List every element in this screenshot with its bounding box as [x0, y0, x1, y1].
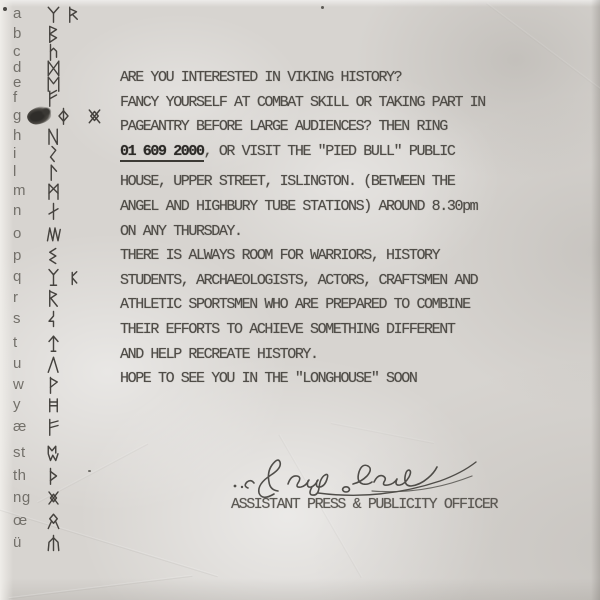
rune-fork-up-serif-icon — [46, 268, 61, 286]
rune-key-letter-b: b — [13, 26, 22, 42]
rune-key-letter-a: a — [13, 6, 22, 22]
body-text-segment: ANGEL AND HIGHBURY TUBE STATIONS) AROUND… — [120, 198, 477, 215]
rune-tiwaz-icon — [46, 334, 61, 352]
rune-key-runes-s — [46, 310, 61, 328]
rune-n-shape-icon — [46, 127, 61, 145]
rune-key-letter-r: r — [13, 290, 19, 306]
body-text-segment: THERE IS ALWAYS ROOM FOR WARRIORS, HISTO… — [120, 247, 439, 264]
body-line-5: HOUSE, UPPER STREET, ISLINGTON. (BETWEEN… — [120, 173, 485, 198]
rune-cross-diamond-icon — [46, 489, 61, 507]
ink-speck — [88, 470, 91, 472]
rune-key-runes-h — [46, 127, 61, 145]
rune-key-runes-g — [56, 107, 102, 125]
rune-branch-k-icon — [66, 5, 81, 23]
body-line-8: THERE IS ALWAYS ROOM FOR WARRIORS, HISTO… — [120, 247, 485, 272]
rune-double-zigzag-icon — [46, 225, 61, 243]
body-line-7: ON ANY THURSDAY. — [120, 223, 485, 248]
paper-crease — [0, 507, 218, 578]
body-text-segment: PAGEANTRY BEFORE LARGE AUDIENCES? THEN R… — [120, 118, 447, 135]
rune-key-letter-s: s — [13, 311, 21, 327]
rune-key-runes-ü — [46, 534, 61, 552]
rune-stan-icon — [46, 444, 61, 462]
rune-key-runes-o — [46, 225, 61, 243]
rune-key-letter-i: i — [13, 146, 17, 162]
body-text-segment: FANCY YOURSELF AT COMBAT SKILL OR TAKING… — [120, 94, 485, 111]
rune-key-letter-t: t — [13, 335, 18, 351]
rune-key-letter-p: p — [13, 248, 22, 264]
rune-key-runes-f — [46, 89, 61, 107]
rune-zigzag-icon — [46, 145, 61, 163]
rune-key-runes-q — [46, 268, 79, 286]
body-line-13: HOPE TO SEE YOU IN THE "LONGHOUSE" SOON — [120, 370, 485, 395]
ink-speck — [3, 7, 7, 11]
body-line-2: FANCY YOURSELF AT COMBAT SKILL OR TAKING… — [120, 94, 485, 119]
rune-b-icon — [46, 25, 61, 43]
rune-key-runes-u — [46, 355, 61, 373]
rune-key-letter-o: o — [13, 226, 22, 242]
rune-double-chevron-icon — [46, 247, 61, 265]
body-text-segment: ATHLETIC SPORTSMEN WHO ARE PREPARED TO C… — [120, 296, 470, 313]
rune-key-runes-y — [46, 396, 61, 414]
rune-key-letter-q: q — [13, 269, 22, 285]
rune-key-runes-n — [46, 202, 61, 220]
rune-small-k-icon — [64, 268, 79, 286]
rune-key-runes-w — [46, 376, 61, 394]
ink-blot-smudge-icon — [25, 104, 52, 126]
body-text-segment: ARE YOU INTERESTED IN VIKING HISTORY? — [120, 69, 401, 86]
rune-key-letter-y: y — [13, 397, 21, 413]
rune-key-letter-ng: ng — [13, 490, 31, 506]
body-line-6: ANGEL AND HIGHBURY TUBE STATIONS) AROUND… — [120, 198, 485, 223]
rune-key-letter-œ: œ — [13, 513, 28, 529]
body-line-9: STUDENTS, ARCHAEOLOGISTS, ACTORS, CRAFTS… — [120, 272, 485, 297]
ink-speck — [321, 6, 324, 9]
rune-key-letter-m: m — [13, 183, 26, 199]
rune-key-runes-l — [46, 163, 61, 181]
rune-key-runes-b — [46, 25, 61, 43]
rune-key-runes-t — [46, 334, 61, 352]
rune-fehu-icon — [46, 89, 61, 107]
rune-wynn-icon — [46, 376, 61, 394]
rune-key-letter-st: st — [13, 445, 26, 461]
body-text-segment: AND HELP RECREATE HISTORY. — [120, 346, 318, 363]
rune-raido-icon — [46, 289, 61, 307]
rune-gar-star-icon — [87, 107, 102, 125]
body-line-11: THEIR EFFORTS TO ACHIEVE SOMETHING DIFFE… — [120, 321, 485, 346]
rune-key-runes-th — [46, 467, 61, 485]
body-line-12: AND HELP RECREATE HISTORY. — [120, 346, 485, 371]
paper-crease — [486, 3, 600, 116]
rune-box-bars-icon — [46, 396, 61, 414]
body-line-1: ARE YOU INTERESTED IN VIKING HISTORY? — [120, 69, 485, 94]
rune-key-letter-g: g — [13, 108, 22, 124]
rune-key-runes-st — [46, 444, 61, 462]
rune-key-letter-c: c — [13, 44, 21, 60]
rune-key-runes-ng — [46, 489, 61, 507]
body-line-3: PAGEANTRY BEFORE LARGE AUDIENCES? THEN R… — [120, 118, 485, 143]
phone-number: 01 609 2000 — [120, 143, 204, 162]
rune-key-runes-a — [46, 5, 81, 23]
rune-key-letter-l: l — [13, 164, 17, 180]
rune-key-letter-w: w — [13, 377, 24, 393]
body-text-segment: HOPE TO SEE YOU IN THE "LONGHOUSE" SOON — [120, 370, 416, 387]
body-text-segment: THEIR EFFORTS TO ACHIEVE SOMETHING DIFFE… — [120, 321, 454, 338]
rune-jog-s-icon — [46, 310, 61, 328]
body-line-4: 01 609 2000, OR VISIT THE "PIED BULL" PU… — [120, 143, 485, 168]
paper-crease — [331, 422, 434, 444]
rune-naudiz-icon — [46, 202, 61, 220]
rune-key-runes-æ — [46, 418, 61, 436]
body-text-segment: ON ANY THURSDAY. — [120, 223, 242, 240]
rune-key-letter-n: n — [13, 203, 22, 219]
rune-key-runes-i — [46, 145, 61, 163]
rune-key-letter-h: h — [13, 128, 22, 144]
body-text-segment: HOUSE, UPPER STREET, ISLINGTON. (BETWEEN… — [120, 173, 454, 190]
rune-key-letter-ü: ü — [13, 535, 22, 551]
rune-mannaz-icon — [46, 182, 61, 200]
rune-key-runes-r — [46, 289, 61, 307]
rune-key-runes-m — [46, 182, 61, 200]
body-line-10: ATHLETIC SPORTSMEN WHO ARE PREPARED TO C… — [120, 296, 485, 321]
rune-lambda-icon — [46, 355, 61, 373]
rune-key-runes-p — [46, 247, 61, 265]
rune-thorn-icon — [46, 467, 61, 485]
rune-arch-stem-icon — [46, 534, 61, 552]
rune-fork-y-icon — [46, 5, 61, 23]
rune-key-runes-œ — [46, 512, 61, 530]
flyer-body-text: ARE YOU INTERESTED IN VIKING HISTORY?FAN… — [120, 69, 485, 395]
rune-aesc-icon — [46, 418, 61, 436]
scanned-flyer-page: abcdefghilmnopqrstuwyæstthngœü ARE YOU I… — [0, 0, 600, 600]
body-text-segment: STUDENTS, ARCHAEOLOGISTS, ACTORS, CRAFTS… — [120, 272, 477, 289]
rune-key-letter-f: f — [13, 90, 18, 106]
rune-diamond-stem-icon — [56, 107, 71, 125]
body-text-segment: , OR VISIT THE "PIED BULL" PUBLIC — [204, 143, 455, 160]
rune-key-letter-u: u — [13, 356, 22, 372]
paper-crease — [9, 575, 193, 600]
rune-key-letter-æ: æ — [13, 419, 27, 435]
rune-othala-icon — [46, 512, 61, 530]
rune-lagu-icon — [46, 163, 61, 181]
signature-role-line: ASSISTANT PRESS & PUBLICITY OFFICER — [231, 496, 497, 513]
rune-key-letter-th: th — [13, 468, 27, 484]
